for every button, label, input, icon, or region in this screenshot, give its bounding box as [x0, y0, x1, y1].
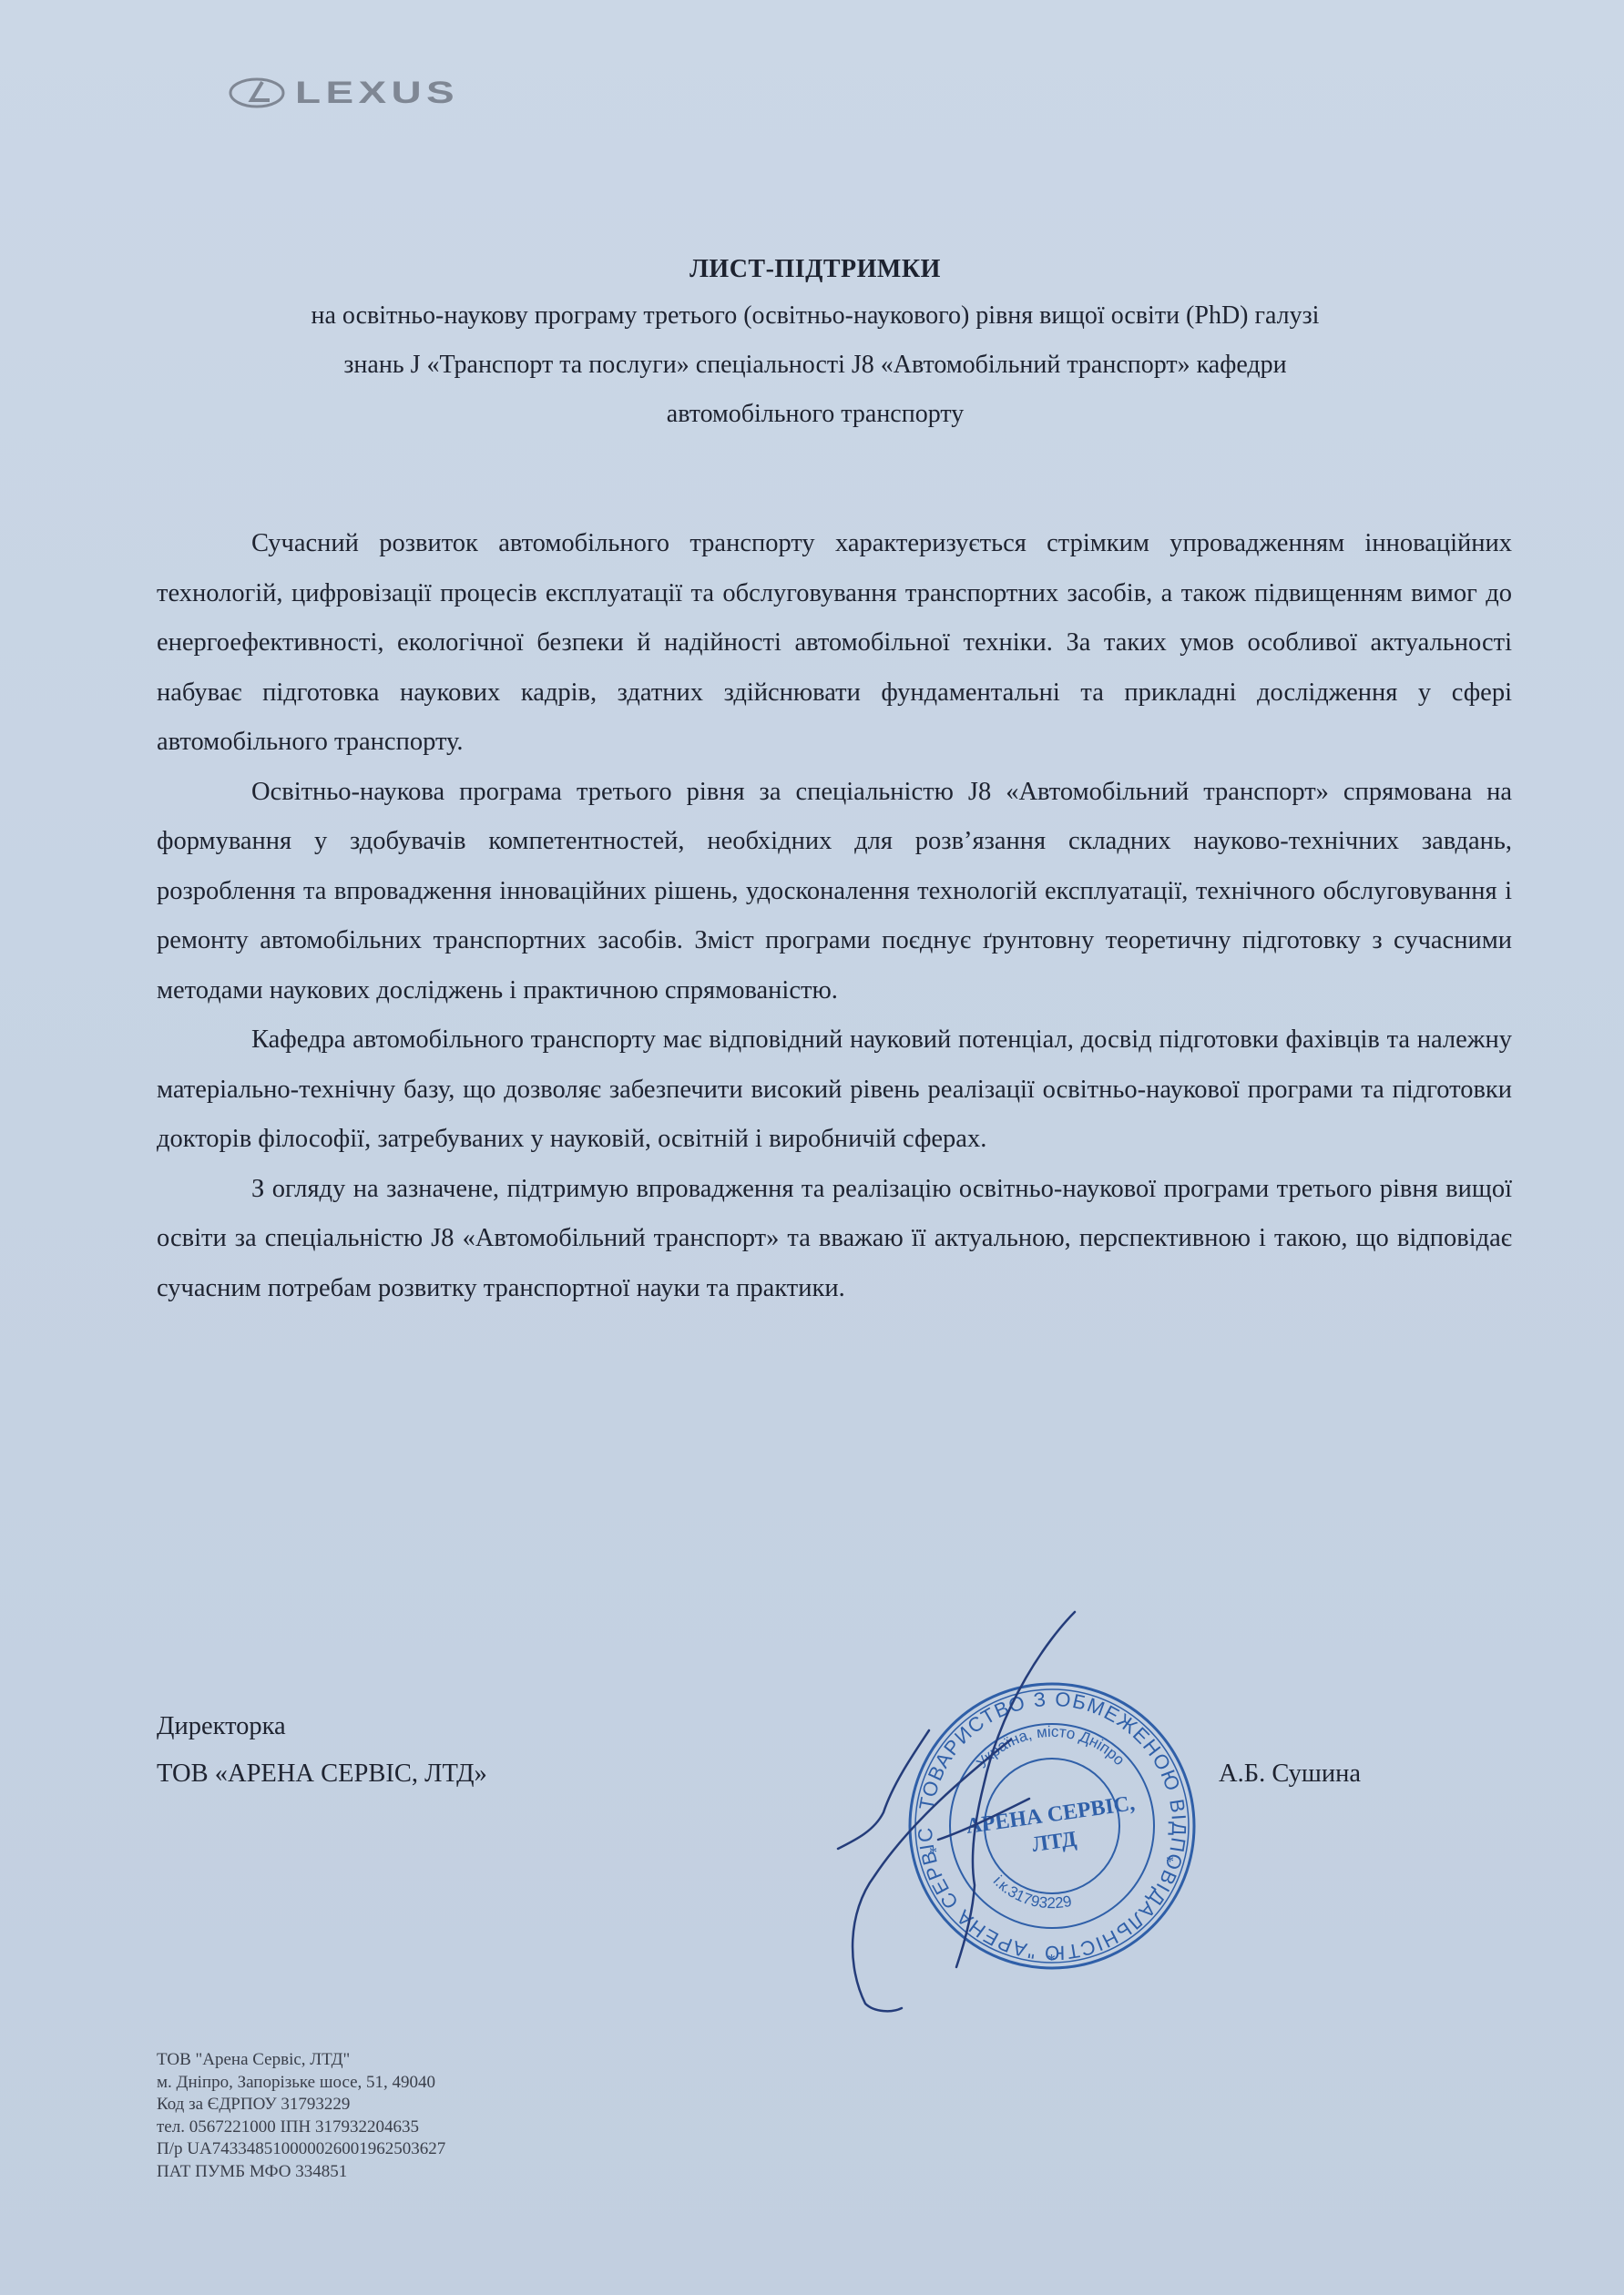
footer-address: м. Дніпро, Запорізьке шосе, 51, 49040 — [157, 2072, 445, 2095]
letterhead-logo: LEXUS — [228, 75, 492, 111]
subtitle-line-1: на освітньо-наукову програму третього (о… — [155, 291, 1476, 341]
brand-name: LEXUS — [295, 76, 459, 111]
signer-name: А.Б. Сушина — [1219, 1750, 1361, 1798]
paragraph-1: Сучасний розвиток автомобільного транспо… — [157, 519, 1512, 768]
company-requisites: ТОВ "Арена Сервіс, ЛТД" м. Дніпро, Запор… — [157, 2049, 445, 2183]
paragraph-2: Освітньо-наукова програма третього рівня… — [157, 768, 1512, 1016]
letter-heading: ЛИСТ-ПІДТРИМКИ на освітньо-наукову прогр… — [155, 248, 1476, 439]
subtitle-line-2: знань J «Транспорт та послуги» спеціальн… — [155, 341, 1476, 390]
signatory-organization: ТОВ «АРЕНА СЕРВІС, ЛТД» — [157, 1750, 487, 1798]
footer-edrpou: Код за ЄДРПОУ 31793229 — [157, 2094, 445, 2116]
handwritten-signature — [820, 1585, 1202, 2040]
letter-title: ЛИСТ-ПІДТРИМКИ — [155, 248, 1476, 291]
paragraph-4: З огляду на зазначене, підтримую впровад… — [157, 1165, 1512, 1314]
signatory-block: Директорка ТОВ «АРЕНА СЕРВІС, ЛТД» — [157, 1703, 487, 1798]
signatory-position: Директорка — [157, 1703, 487, 1750]
footer-company: ТОВ "Арена Сервіс, ЛТД" — [157, 2049, 445, 2072]
footer-phone-ipn: тел. 0567221000 ІПН 317932204635 — [157, 2116, 445, 2139]
footer-account: П/р UA743348510000026001962503627 — [157, 2138, 445, 2161]
paragraph-3: Кафедра автомобільного транспорту має ві… — [157, 1015, 1512, 1165]
lexus-emblem-icon — [228, 76, 286, 109]
letter-body: Сучасний розвиток автомобільного транспо… — [157, 519, 1512, 1313]
letter-page: LEXUS ЛИСТ-ПІДТРИМКИ на освітньо-наукову… — [0, 0, 1624, 2295]
footer-bank: ПАТ ПУМБ МФО 334851 — [157, 2161, 445, 2184]
subtitle-line-3: автомобільного транспорту — [155, 390, 1476, 439]
